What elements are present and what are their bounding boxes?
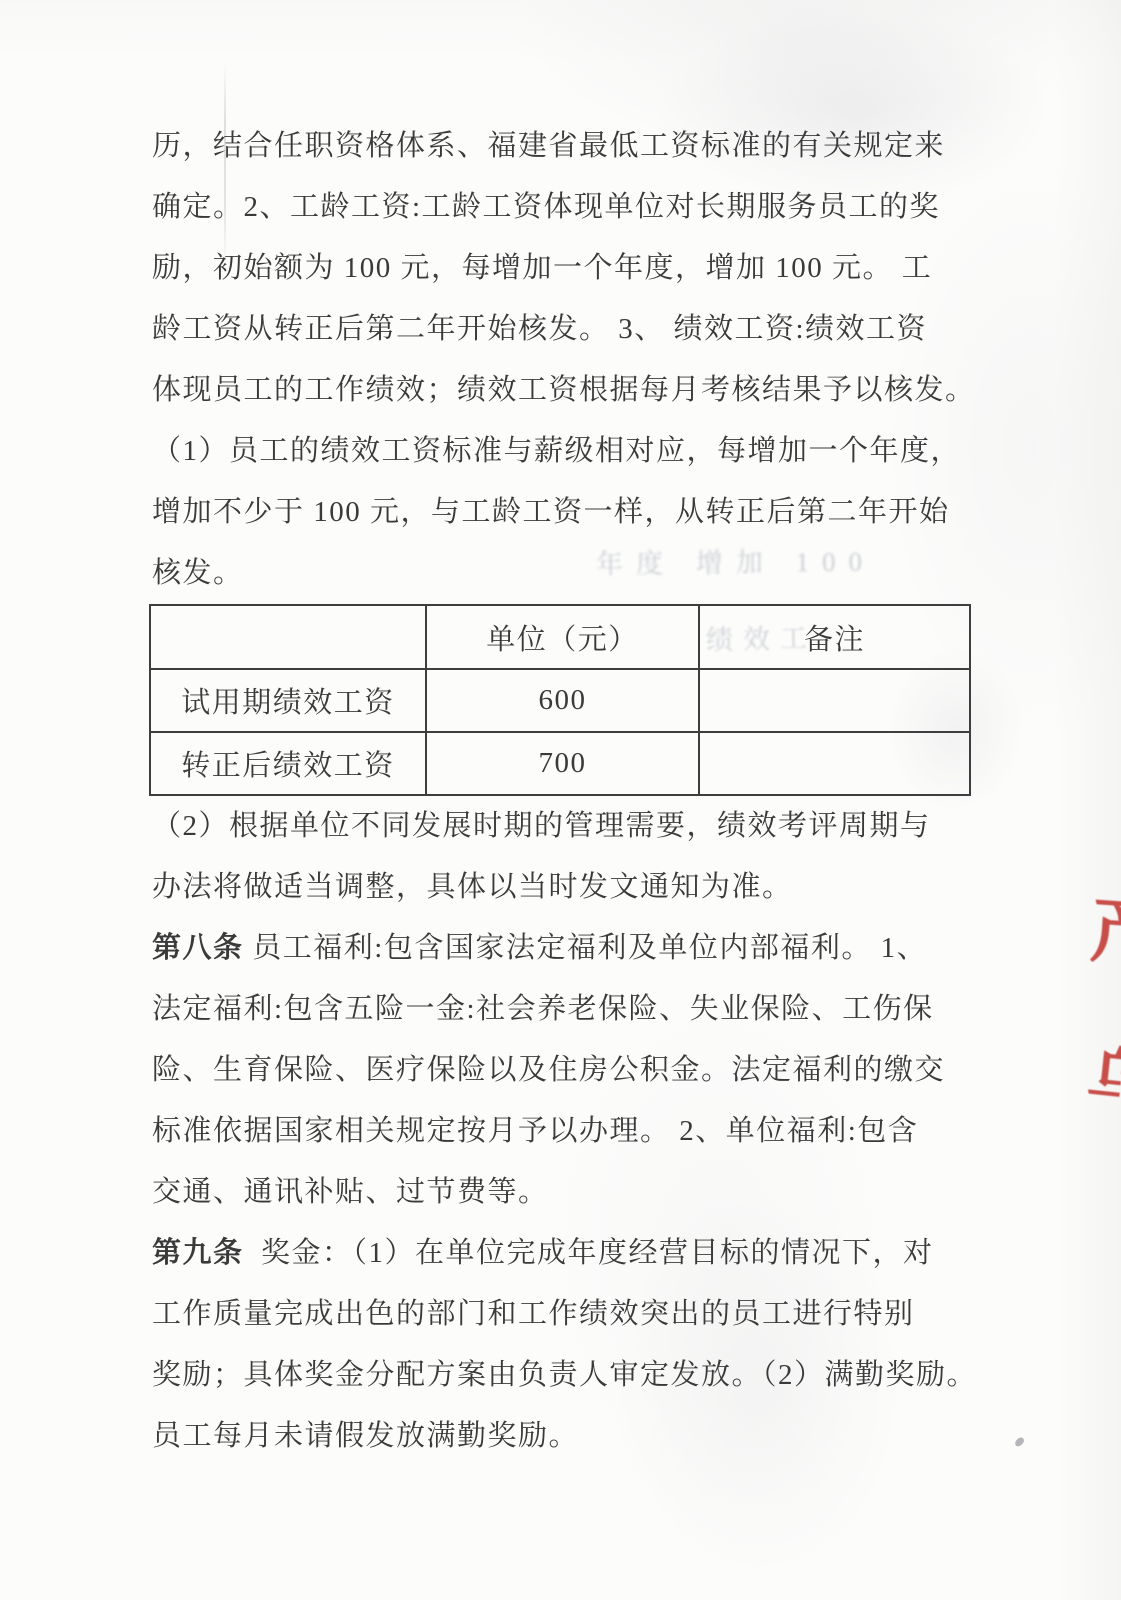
text-line: 龄工资从转正后第二年开始核发。 3、 绩效工资:绩效工资: [152, 299, 1012, 360]
text-line: 工作质量完成出色的部门和工作绩效突出的员工进行特别: [152, 1284, 1012, 1345]
text-line: 办法将做适当调整，具体以当时发文通知为准。: [152, 857, 1012, 918]
table-cell-label: 转正后绩效工资: [150, 732, 426, 795]
table-cell-remark: [699, 669, 970, 732]
table-header-row: 单位（元） 绩效工备注: [150, 605, 970, 669]
text-line: 交通、通讯补贴、过节费等。: [152, 1162, 1012, 1223]
text-line: 确定。2、工龄工资:工龄工资体现单位对长期服务员工的奖: [152, 177, 1012, 238]
performance-pay-table: 单位（元） 绩效工备注 试用期绩效工资 600 转正后绩效工资 700: [149, 604, 971, 796]
table-header-unit: 单位（元）: [426, 605, 699, 669]
text-line: 奖励；具体奖金分配方案由负责人审定发放。（2）满勤奖励。: [152, 1345, 1012, 1406]
text-line: 标准依据国家相关规定按月予以办理。 2、单位福利:包含: [152, 1101, 1012, 1162]
table-header-remark: 绩效工备注: [699, 605, 970, 669]
table-cell-amount: 700: [426, 732, 699, 795]
text-line: 励，初始额为 100 元，每增加一个年度，增加 100 元。 工: [152, 238, 1012, 299]
red-seal-fragment: 乌: [1083, 1040, 1121, 1119]
text-line: 险、生育保险、医疗保险以及住房公积金。法定福利的缴交: [152, 1040, 1012, 1101]
text-line: 法定福利:包含五险一金:社会养老保险、失业保险、工伤保: [152, 979, 1012, 1040]
table-cell-label: 试用期绩效工资: [150, 669, 426, 732]
text-line: （1）员工的绩效工资标准与薪级相对应，每增加一个年度，: [152, 421, 1012, 482]
table-row: 试用期绩效工资 600: [150, 669, 970, 732]
text-line: （2）根据单位不同发展时期的管理需要，绩效考评周期与: [152, 796, 1012, 857]
document-body: 历，结合任职资格体系、福建省最低工资标准的有关规定来 确定。2、工龄工资:工龄工…: [152, 116, 1012, 1467]
table-row: 转正后绩效工资 700: [150, 732, 970, 795]
table-cell-remark: [699, 732, 970, 795]
red-seal-fragment: 产: [1088, 888, 1121, 972]
text-line: 员工每月未请假发放满勤奖励。: [152, 1406, 1012, 1467]
text-line: 历，结合任职资格体系、福建省最低工资标准的有关规定来: [152, 116, 1012, 177]
table-cell-empty: [150, 605, 426, 669]
scanned-document-page: 年度 增加 100 产 乌 历，结合任职资格体系、福建省最低工资标准的有关规定来…: [0, 0, 1121, 1600]
text-line-article-8: 第八条 员工福利:包含国家法定福利及单位内部福利。 1、: [152, 918, 1012, 979]
text-line: 体现员工的工作绩效；绩效工资根据每月考核结果予以核发。: [152, 360, 1012, 421]
table-cell-amount: 600: [426, 669, 699, 732]
text-line: 核发。: [152, 543, 1012, 604]
text-line: 增加不少于 100 元，与工龄工资一样，从转正后第二年开始: [152, 482, 1012, 543]
bleed-through-text: 绩效工: [706, 617, 818, 658]
ink-speck: [1014, 1436, 1026, 1448]
text-line-article-9: 第九条 奖金：（1）在单位完成年度经营目标的情况下，对: [152, 1223, 1012, 1284]
